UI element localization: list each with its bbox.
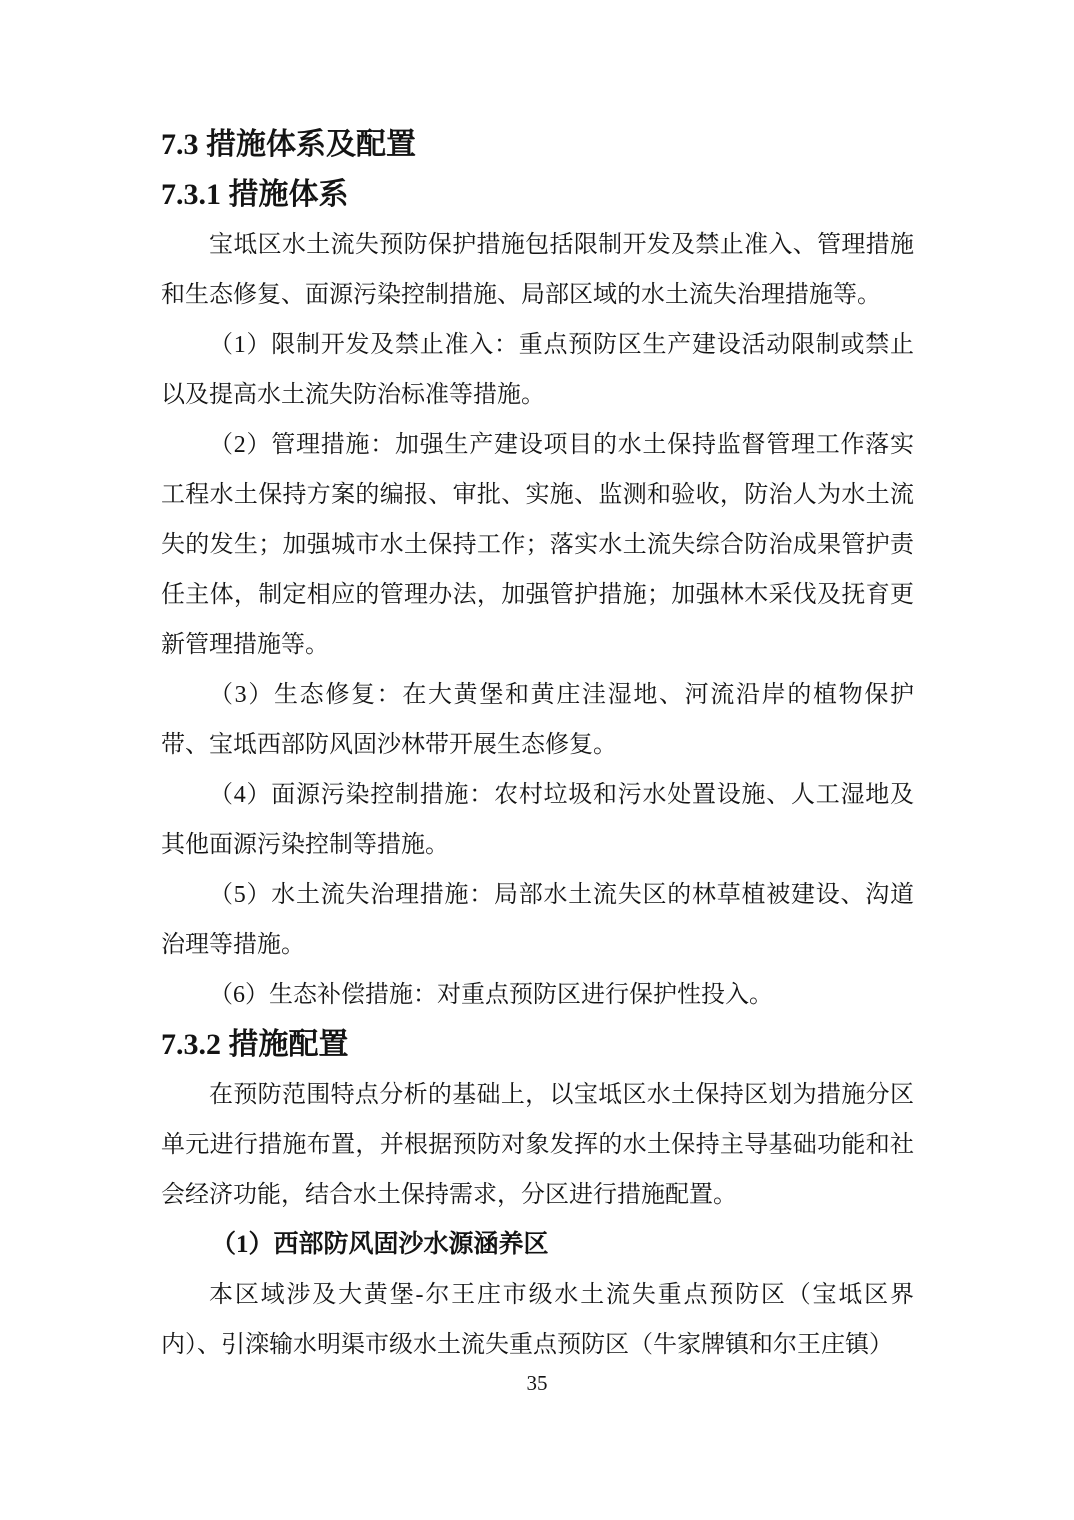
paragraph-measure-2-management: （2）管理措施：加强生产建设项目的水土保持监督管理工作落实工程水土保持方案的编报… — [161, 420, 914, 670]
paragraph-measure-1-restrict-development: （1）限制开发及禁止准入：重点预防区生产建设活动限制或禁止以及提高水土流失防治标… — [161, 320, 914, 420]
paragraph-measures-overview: 宝坻区水土流失预防保护措施包括限制开发及禁止准入、管理措施和生态修复、面源污染控… — [161, 220, 914, 320]
paragraph-measure-4-nonpoint-pollution-control: （4）面源污染控制措施：农村垃圾和污水处置设施、人工湿地及其他面源污染控制等措施… — [161, 770, 914, 870]
paragraph-measure-6-eco-compensation: （6）生态补偿措施：对重点预防区进行保护性投入。 — [161, 970, 914, 1020]
paragraph-measure-3-ecological-restoration: （3）生态修复：在大黄堡和黄庄洼湿地、河流沿岸的植物保护带、宝坻西部防风固沙林带… — [161, 670, 914, 770]
heading-7-3: 7.3 措施体系及配置 — [161, 120, 914, 170]
page-number: 35 — [0, 1368, 1074, 1398]
paragraph-zone-1-scope: 本区域涉及大黄堡-尔王庄市级水土流失重点预防区（宝坻区界内）、引滦输水明渠市级水… — [161, 1270, 914, 1370]
heading-7-3-1: 7.3.1 措施体系 — [161, 170, 914, 220]
subheading-zone-1-west-windbreak: （1）西部防风固沙水源涵养区 — [161, 1220, 914, 1270]
paragraph-configuration-intro: 在预防范围特点分析的基础上，以宝坻区水土保持区划为措施分区单元进行措施布置，并根… — [161, 1070, 914, 1220]
document-page: 7.3 措施体系及配置 7.3.1 措施体系 宝坻区水土流失预防保护措施包括限制… — [0, 0, 1074, 1520]
paragraph-measure-5-erosion-treatment: （5）水土流失治理措施：局部水土流失区的林草植被建设、沟道治理等措施。 — [161, 870, 914, 970]
heading-7-3-2: 7.3.2 措施配置 — [161, 1020, 914, 1070]
